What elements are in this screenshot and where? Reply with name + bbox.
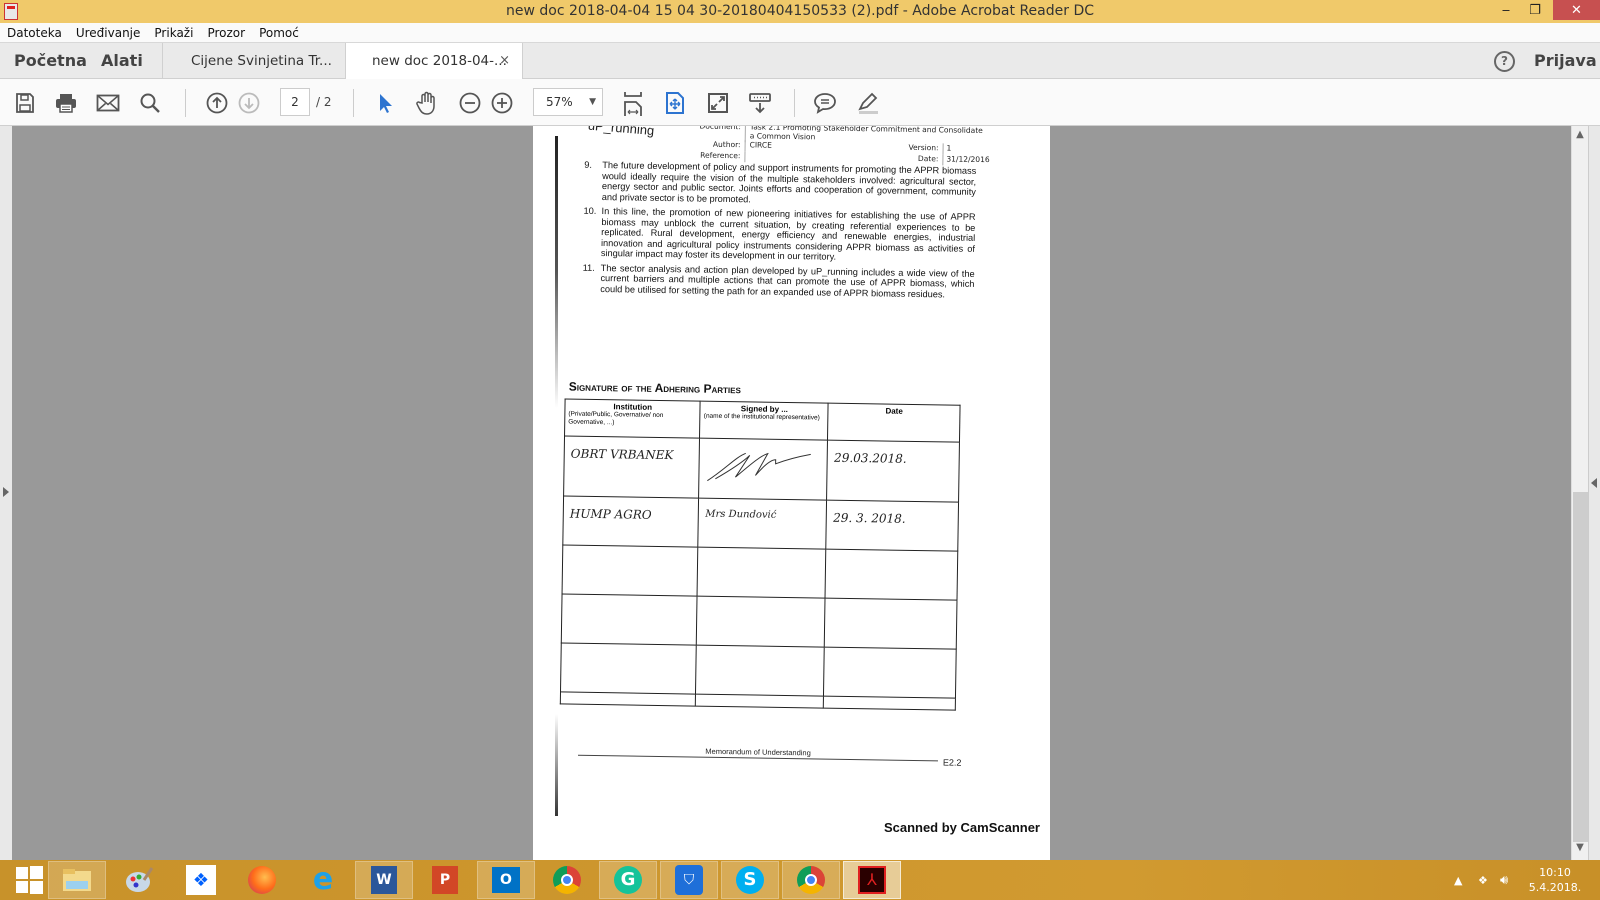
acrobat-app-icon: [4, 3, 18, 20]
vpn-shield-icon[interactable]: ⛉: [660, 861, 718, 899]
fit-page-icon[interactable]: [620, 90, 646, 116]
minimize-button[interactable]: ‒: [1493, 0, 1519, 20]
page-footer: Memorandum of Understanding: [578, 745, 938, 762]
tab-label: new doc 2018-04-...: [372, 53, 507, 69]
next-page-icon[interactable]: [236, 90, 262, 116]
toolbar-divider: [353, 89, 354, 117]
date-label: Date:: [892, 154, 942, 166]
acrobat-reader-icon[interactable]: ⅄: [843, 861, 901, 899]
sign-in-button[interactable]: Prijava: [1534, 43, 1597, 79]
toolbar-divider: [794, 89, 795, 117]
file-explorer-icon[interactable]: [48, 861, 106, 899]
footer-code: E2.2: [943, 757, 962, 767]
zoom-level-value: 57%: [546, 95, 573, 109]
chrome-icon[interactable]: [538, 861, 596, 899]
document-metadata: Document:Task 2.1 Promoting Stakeholder …: [682, 126, 983, 166]
email-icon[interactable]: [95, 90, 121, 116]
page-number-input[interactable]: 2: [280, 88, 310, 116]
help-icon[interactable]: ?: [1494, 51, 1515, 72]
scroll-down-icon[interactable]: ▼: [1572, 842, 1588, 858]
pdf-page: uP_running Document:Task 2.1 Promoting S…: [533, 126, 1050, 860]
project-name: uP_running: [587, 126, 655, 138]
clock-time: 10:10: [1520, 865, 1590, 880]
table-row: OBRT VRBANEK 29.03.2018.: [564, 436, 960, 502]
scroll-mode-icon[interactable]: [662, 90, 688, 116]
clock-date: 5.4.2018.: [1520, 880, 1590, 895]
tab-home[interactable]: Početna: [14, 43, 87, 79]
print-icon[interactable]: [53, 90, 79, 116]
search-icon[interactable]: [137, 90, 163, 116]
select-tool-icon[interactable]: [372, 90, 398, 116]
column-header-date: Date: [828, 403, 960, 442]
institution-cell: HUMP AGRO: [563, 496, 699, 547]
skype-icon[interactable]: S: [721, 861, 779, 899]
dropbox-icon[interactable]: ❖: [172, 861, 230, 899]
table-row: [561, 643, 957, 698]
expand-left-icon: [3, 487, 9, 497]
zoom-level-dropdown[interactable]: 57% ▼: [533, 88, 603, 116]
full-screen-icon[interactable]: [705, 90, 731, 116]
title-bar: new doc 2018-04-04 15 04 30-201804041505…: [0, 0, 1600, 23]
handwritten-signature: [706, 449, 817, 487]
zoom-out-icon[interactable]: [457, 90, 483, 116]
signed-by-cell: Mrs Dundović: [698, 498, 827, 549]
volume-icon[interactable]: 🔊︎: [1500, 860, 1508, 900]
table-row: [561, 594, 957, 649]
toolbar: 2 / 2 57% ▼: [0, 79, 1600, 126]
window-title: new doc 2018-04-04 15 04 30-201804041505…: [0, 3, 1600, 19]
chrome-icon-2[interactable]: [782, 861, 840, 899]
scroll-up-icon[interactable]: ▲: [1572, 129, 1588, 145]
expand-right-icon: [1591, 478, 1597, 488]
maximize-button[interactable]: ❐: [1522, 0, 1548, 20]
column-header-signed-by: Signed by ...(name of the institutional …: [700, 401, 829, 440]
camscanner-watermark: Scanned by CamScanner: [884, 820, 1040, 835]
menu-file[interactable]: Datoteka: [0, 26, 69, 40]
signature-table: Institution(Private/Public, Governative/…: [560, 398, 961, 710]
close-window-button[interactable]: ✕: [1553, 0, 1600, 20]
date-value: 31/12/2016: [942, 154, 982, 166]
internet-explorer-icon[interactable]: e: [294, 861, 352, 899]
word-icon[interactable]: W: [355, 861, 413, 899]
powerpoint-icon[interactable]: P: [416, 861, 474, 899]
table-row: [562, 545, 958, 600]
version-label: Version:: [893, 143, 943, 155]
previous-page-icon[interactable]: [204, 90, 230, 116]
save-icon[interactable]: [12, 90, 38, 116]
right-panel-toggle[interactable]: [1588, 126, 1600, 860]
tab-document-new-doc[interactable]: new doc 2018-04-... ×: [345, 43, 523, 80]
version-value: 1: [942, 143, 982, 155]
show-hidden-icons[interactable]: ▲: [1454, 860, 1462, 900]
windows-taskbar: ❖ e W P O G ⛉ S ⅄ ▲ ❖ 🔊︎ 10:10 5.4.2018.: [0, 860, 1600, 900]
menu-window[interactable]: Prozor: [200, 26, 252, 40]
tab-document-cijene[interactable]: Cijene Svinjetina Tr...: [163, 43, 345, 79]
hand-tool-icon[interactable]: [414, 90, 440, 116]
toolbar-divider: [185, 89, 186, 117]
menu-view[interactable]: Prikaži: [147, 26, 200, 40]
close-tab-icon[interactable]: ×: [499, 43, 510, 79]
scanned-content: uP_running Document:Task 2.1 Promoting S…: [533, 126, 1050, 825]
system-clock[interactable]: 10:10 5.4.2018.: [1520, 865, 1590, 895]
document-viewport[interactable]: uP_running Document:Task 2.1 Promoting S…: [0, 126, 1600, 860]
column-header-institution: Institution(Private/Public, Governative/…: [565, 399, 701, 438]
page-total: / 2: [316, 88, 332, 116]
highlight-icon[interactable]: [855, 90, 881, 116]
menu-edit[interactable]: Uređivanje: [69, 26, 148, 40]
left-panel-toggle[interactable]: [0, 126, 12, 860]
date-cell: 29. 3. 2018.: [826, 500, 958, 551]
tab-tools[interactable]: Alati: [101, 43, 143, 79]
scrollbar-thumb[interactable]: [1573, 492, 1588, 842]
grammarly-icon[interactable]: G: [599, 861, 657, 899]
list-item: 10.In this line, the promotion of new pi…: [583, 206, 976, 265]
menu-help[interactable]: Pomoć: [252, 26, 306, 40]
paint-icon[interactable]: [110, 861, 168, 899]
chevron-down-icon: ▼: [589, 89, 596, 115]
tab-bar: Početna Alati Cijene Svinjetina Tr... ne…: [0, 43, 1600, 79]
document-label: Document:: [683, 126, 745, 133]
outlook-icon[interactable]: O: [477, 861, 535, 899]
institution-cell: OBRT VRBANEK: [564, 436, 700, 498]
dropbox-tray-icon[interactable]: ❖: [1478, 860, 1488, 900]
signature-section-title: Signature of the Adhering Parties: [569, 380, 741, 397]
menu-bar: Datoteka Uređivanje Prikaži Prozor Pomoć: [0, 23, 1600, 43]
document-body: 9.The future development of policy and s…: [582, 160, 976, 304]
table-row: HUMP AGRO Mrs Dundović 29. 3. 2018.: [563, 496, 959, 551]
list-item: 11.The sector analysis and action plan d…: [582, 262, 974, 300]
zoom-in-icon[interactable]: [489, 90, 515, 116]
firefox-icon[interactable]: [233, 861, 291, 899]
tab-label: Cijene Svinjetina Tr...: [191, 53, 332, 69]
signature-cell: [699, 438, 828, 500]
windows-logo-icon: [15, 866, 43, 894]
date-cell: 29.03.2018.: [827, 440, 960, 502]
read-mode-icon[interactable]: [747, 90, 773, 116]
list-item: 9.The future development of policy and s…: [584, 160, 977, 208]
vertical-scrollbar[interactable]: ▲ ▼: [1571, 126, 1588, 860]
comment-icon[interactable]: [812, 90, 838, 116]
